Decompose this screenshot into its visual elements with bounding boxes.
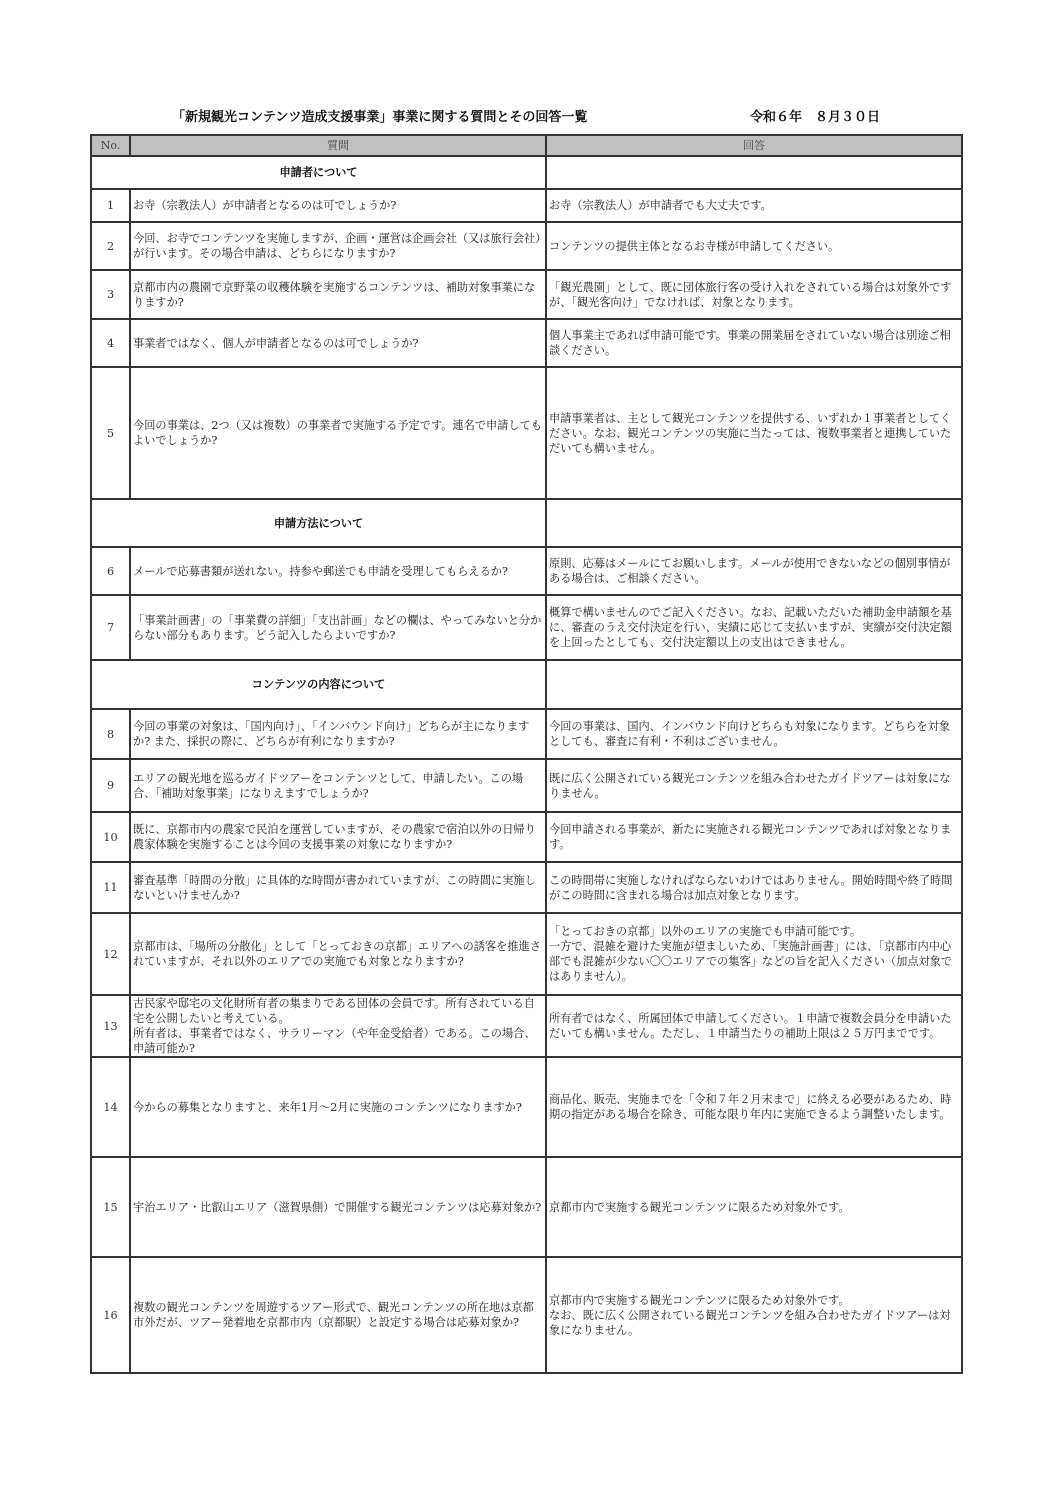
answer-cell: お寺（宗教法人）が申請者でも大丈夫です。 [546, 189, 962, 222]
table-row: 4 事業者ではなく、個人が申請者となるのは可でしょうか? 個人事業主であれば申請… [91, 319, 962, 367]
table-row: 2 今回、お寺でコンテンツを実施しますが、企画・運営は企画会社（又は旅行会社）が… [91, 222, 962, 270]
row-number: 9 [91, 759, 130, 812]
question-cell: お寺（宗教法人）が申請者となるのは可でしょうか? [130, 189, 546, 222]
question-cell: 既に、京都市内の農家で民泊を運営していますが、その農家で宿泊以外の日帰り農家体験… [130, 812, 546, 862]
row-number: 16 [91, 1257, 130, 1373]
section-title: コンテンツの内容について [91, 660, 546, 709]
table-row: 7 「事業計画書」の「事業費の詳細」「支出計画」などの欄は、やってみないと分から… [91, 595, 962, 660]
table-row: 16 複数の観光コンテンツを周遊するツアー形式で、観光コンテンツの所在地は京都市… [91, 1257, 962, 1373]
row-number: 10 [91, 812, 130, 862]
question-cell: 京都市は、「場所の分散化」として「とっておきの京都」エリアへの誘客を推進されてい… [130, 913, 546, 995]
column-header-no: No. [91, 135, 130, 156]
section-title: 申請者について [91, 156, 546, 189]
answer-cell: 原則、応募はメールにてお願いします。メールが使用できないなどの個別事情がある場合… [546, 547, 962, 595]
question-cell: 宇治エリア・比叡山エリア（滋賀県側）で開催する観光コンテンツは応募対象か? [130, 1157, 546, 1257]
answer-cell: 概算で構いませんのでご記入ください。なお、記載いただいた補助金申請額を基に、審査… [546, 595, 962, 660]
table-row: 10 既に、京都市内の農家で民泊を運営していますが、その農家で宿泊以外の日帰り農… [91, 812, 962, 862]
question-cell: エリアの観光地を巡るガイドツアーをコンテンツとして、申請したい。この場合、「補助… [130, 759, 546, 812]
answer-cell: 今回の事業は、国内、インバウンド向けどちらも対象になります。どちらを対象としても… [546, 709, 962, 759]
question-cell: 今回、お寺でコンテンツを実施しますが、企画・運営は企画会社（又は旅行会社）が行い… [130, 222, 546, 270]
qa-table: No. 質問 回答 申請者について 1 お寺（宗教法人）が申請者となるのは可でし… [90, 134, 963, 1374]
question-cell: 「事業計画書」の「事業費の詳細」「支出計画」などの欄は、やってみないと分からない… [130, 595, 546, 660]
question-cell: 古民家や邸宅の文化財所有者の集まりである団体の会員です。所有されている自宅を公開… [130, 995, 546, 1057]
table-row: 14 今からの募集となりますと、来年1月～2月に実施のコンテンツになりますか? … [91, 1057, 962, 1157]
answer-cell: 申請事業者は、主として観光コンテンツを提供する、いずれか１事業者としてください。… [546, 367, 962, 499]
row-number: 3 [91, 270, 130, 319]
table-row: 9 エリアの観光地を巡るガイドツアーをコンテンツとして、申請したい。この場合、「… [91, 759, 962, 812]
column-header-question: 質問 [130, 135, 546, 156]
section-row-content: コンテンツの内容について [91, 660, 962, 709]
row-number: 11 [91, 862, 130, 913]
answer-cell: 個人事業主であれば申請可能です。事業の開業届をされていない場合は別途ご相談くださ… [546, 319, 962, 367]
section-blank [546, 156, 962, 189]
table-row: 15 宇治エリア・比叡山エリア（滋賀県側）で開催する観光コンテンツは応募対象か?… [91, 1157, 962, 1257]
question-cell: メールで応募書類が送れない。持参や郵送でも申請を受理してもらえるか? [130, 547, 546, 595]
answer-cell: 今回申請される事業が、新たに実施される観光コンテンツであれば対象となります。 [546, 812, 962, 862]
row-number: 1 [91, 189, 130, 222]
section-blank [546, 499, 962, 547]
question-cell: 審査基準「時間の分散」に具体的な時間が書かれていますが、この時間に実施しないとい… [130, 862, 546, 913]
table-row: 12 京都市は、「場所の分散化」として「とっておきの京都」エリアへの誘客を推進さ… [91, 913, 962, 995]
row-number: 6 [91, 547, 130, 595]
document-date: 令和６年 ８月３０日 [750, 106, 880, 125]
answer-cell: 京都市内で実施する観光コンテンツに限るため対象外です。 なお、既に広く公開されて… [546, 1257, 962, 1373]
row-number: 5 [91, 367, 130, 499]
question-cell: 事業者ではなく、個人が申請者となるのは可でしょうか? [130, 319, 546, 367]
row-number: 14 [91, 1057, 130, 1157]
section-row-application-method: 申請方法について [91, 499, 962, 547]
question-cell: 複数の観光コンテンツを周遊するツアー形式で、観光コンテンツの所在地は京都市外だが… [130, 1257, 546, 1373]
question-cell: 今からの募集となりますと、来年1月～2月に実施のコンテンツになりますか? [130, 1057, 546, 1157]
row-number: 2 [91, 222, 130, 270]
table-row: 3 京都市内の農園で京野菜の収穫体験を実施するコンテンツは、補助対象事業になりま… [91, 270, 962, 319]
section-row-applicant: 申請者について [91, 156, 962, 189]
question-cell: 今回の事業は、2つ（又は複数）の事業者で実施する予定です。連名で申請してもよいで… [130, 367, 546, 499]
table-header-row: No. 質問 回答 [91, 135, 962, 156]
answer-cell: 「観光農園」として、既に団体旅行客の受け入れをされている場合は対象外ですが、「観… [546, 270, 962, 319]
row-number: 13 [91, 995, 130, 1057]
row-number: 15 [91, 1157, 130, 1257]
document-title: 「新規観光コンテンツ造成支援事業」事業に関する質問とその回答一覧 [172, 106, 587, 125]
answer-cell: この時間帯に実施しなければならないわけではありません。開始時間や終了時間がこの時… [546, 862, 962, 913]
row-number: 8 [91, 709, 130, 759]
row-number: 7 [91, 595, 130, 660]
question-cell: 京都市内の農園で京野菜の収穫体験を実施するコンテンツは、補助対象事業になりますか… [130, 270, 546, 319]
answer-cell: 既に広く公開されている観光コンテンツを組み合わせたガイドツアーは対象になりません… [546, 759, 962, 812]
answer-cell: 所有者ではなく、所属団体で申請してください。１申請で複数会員分を申請いただいても… [546, 995, 962, 1057]
table-row: 8 今回の事業の対象は、「国内向け」、「インバウンド向け」どちらが主になりますか… [91, 709, 962, 759]
table-row: 11 審査基準「時間の分散」に具体的な時間が書かれていますが、この時間に実施しな… [91, 862, 962, 913]
table-row: 5 今回の事業は、2つ（又は複数）の事業者で実施する予定です。連名で申請してもよ… [91, 367, 962, 499]
table-row: 1 お寺（宗教法人）が申請者となるのは可でしょうか? お寺（宗教法人）が申請者で… [91, 189, 962, 222]
table-row: 13 古民家や邸宅の文化財所有者の集まりである団体の会員です。所有されている自宅… [91, 995, 962, 1057]
row-number: 4 [91, 319, 130, 367]
answer-cell: 京都市内で実施する観光コンテンツに限るため対象外です。 [546, 1157, 962, 1257]
section-blank [546, 660, 962, 709]
column-header-answer: 回答 [546, 135, 962, 156]
answer-cell: 「とっておきの京都」以外のエリアの実施でも申請可能です。 一方で、混雑を避けた実… [546, 913, 962, 995]
answer-cell: 商品化、販売、実施までを「令和７年２月末まで」に終える必要があるため、時期の指定… [546, 1057, 962, 1157]
table-row: 6 メールで応募書類が送れない。持参や郵送でも申請を受理してもらえるか? 原則、… [91, 547, 962, 595]
section-title: 申請方法について [91, 499, 546, 547]
row-number: 12 [91, 913, 130, 995]
answer-cell: コンテンツの提供主体となるお寺様が申請してください。 [546, 222, 962, 270]
question-cell: 今回の事業の対象は、「国内向け」、「インバウンド向け」どちらが主になりますか? … [130, 709, 546, 759]
